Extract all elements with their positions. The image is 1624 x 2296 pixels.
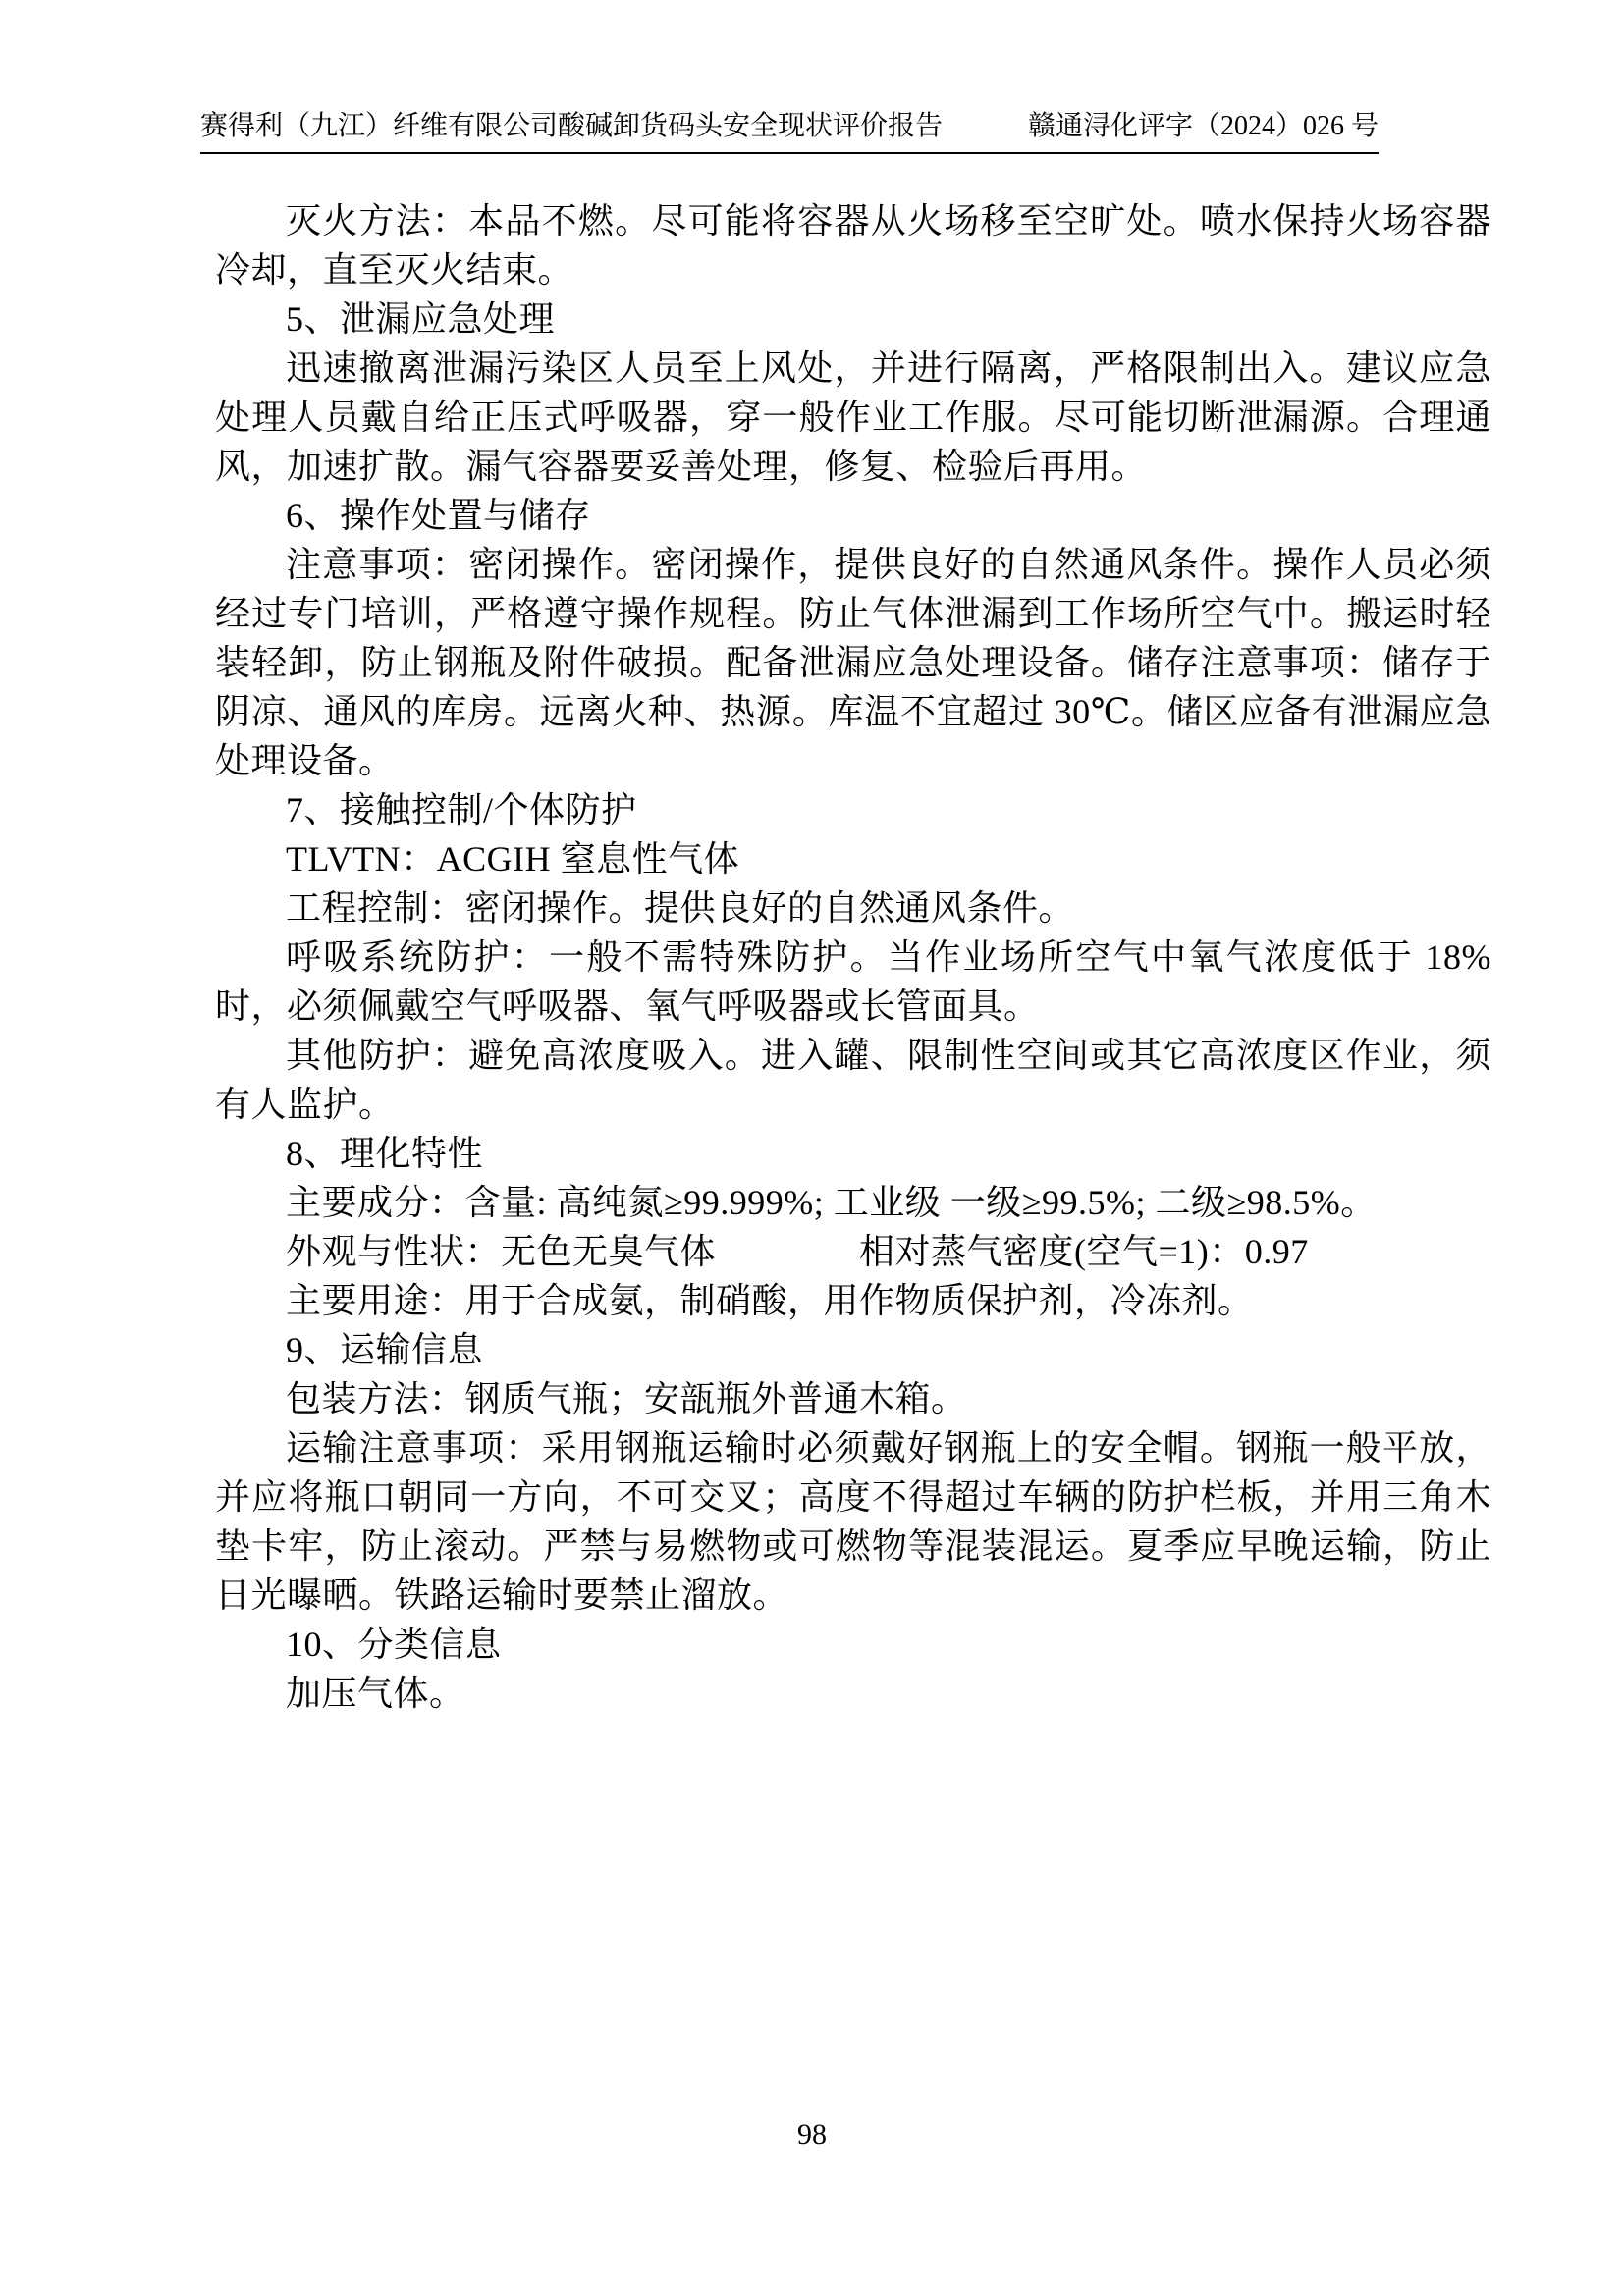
paragraph: 外观与性状：无色无臭气体 相对蒸气密度(空气=1)：0.97 [215, 1227, 1491, 1276]
paragraph: TLVTN：ACGIH 窒息性气体 [215, 834, 1491, 883]
paragraph: 工程控制：密闭操作。提供良好的自然通风条件。 [215, 883, 1491, 933]
paragraph: 主要成分：含量: 高纯氮≥99.999%; 工业级 一级≥99.5%; 二级≥9… [215, 1178, 1491, 1227]
page-number: 98 [797, 2118, 827, 2151]
paragraph: 主要用途：用于合成氨，制硝酸，用作物质保护剂，冷冻剂。 [215, 1276, 1491, 1325]
paragraph: 7、接触控制/个体防护 [215, 785, 1491, 834]
paragraph: 运输注意事项：采用钢瓶运输时必须戴好钢瓶上的安全帽。钢瓶一般平放，并应将瓶口朝同… [215, 1423, 1491, 1620]
header-report-title: 赛得利（九江）纤维有限公司酸碱卸货码头安全现状评价报告 [200, 110, 943, 143]
paragraph: 6、操作处置与储存 [215, 491, 1491, 540]
paragraph: 其他防护：避免高浓度吸入。进入罐、限制性空间或其它高浓度区作业，须有人监护。 [215, 1031, 1491, 1129]
paragraph: 呼吸系统防护：一般不需特殊防护。当作业场所空气中氧气浓度低于 18%时，必须佩戴… [215, 933, 1491, 1031]
document-page: 赛得利（九江）纤维有限公司酸碱卸货码头安全现状评价报告 赣通浔化评字（2024）… [0, 0, 1624, 2296]
paragraph: 包装方法：钢质气瓶；安瓿瓶外普通木箱。 [215, 1374, 1491, 1423]
paragraph: 灭火方法：本品不燃。尽可能将容器从火场移至空旷处。喷水保持火场容器冷却，直至灭火… [215, 196, 1491, 294]
paragraph: 5、泄漏应急处理 [215, 294, 1491, 344]
page-footer: 98 [0, 2118, 1624, 2152]
paragraph: 8、理化特性 [215, 1129, 1491, 1178]
header-doc-number: 赣通浔化评字（2024）026 号 [1028, 110, 1379, 143]
paragraph: 迅速撤离泄漏污染区人员至上风处，并进行隔离，严格限制出入。建议应急处理人员戴自给… [215, 344, 1491, 491]
paragraph: 注意事项：密闭操作。密闭操作，提供良好的自然通风条件。操作人员必须经过专门培训，… [215, 540, 1491, 785]
paragraph: 10、分类信息 [215, 1620, 1491, 1669]
document-body: 灭火方法：本品不燃。尽可能将容器从火场移至空旷处。喷水保持火场容器冷却，直至灭火… [215, 196, 1491, 1718]
page-header: 赛得利（九江）纤维有限公司酸碱卸货码头安全现状评价报告 赣通浔化评字（2024）… [200, 110, 1379, 154]
paragraph: 加压气体。 [215, 1669, 1491, 1718]
paragraph: 9、运输信息 [215, 1325, 1491, 1374]
